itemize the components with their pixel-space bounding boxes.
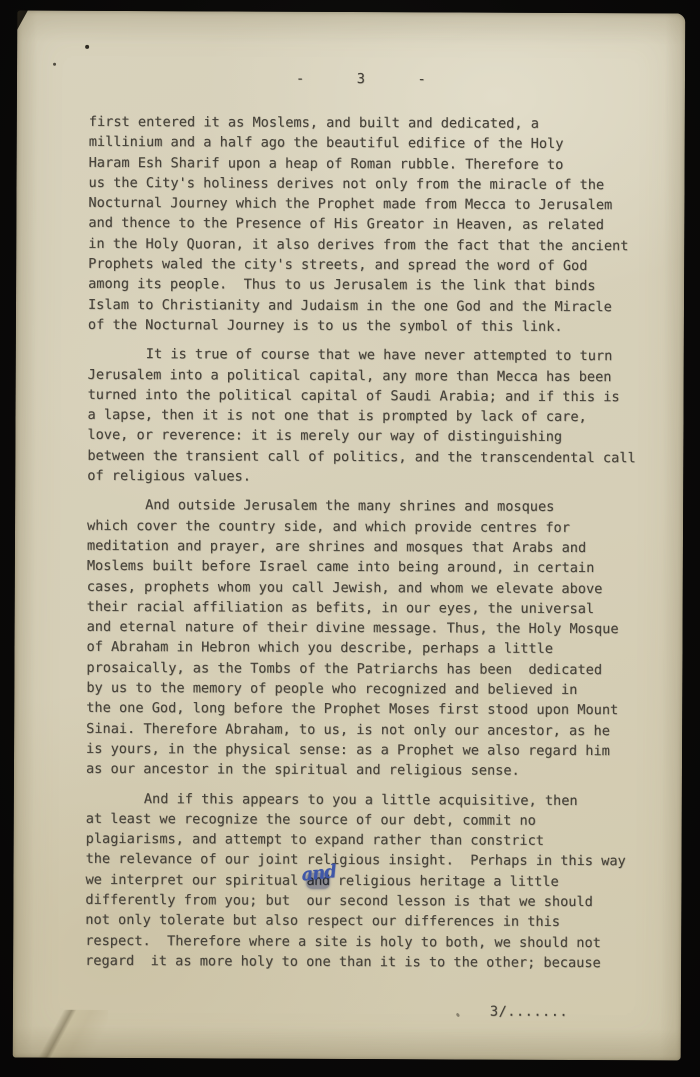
typed-line: and thence to the Presence of His Greato…	[88, 213, 654, 236]
typed-line: millinium and a half ago the beautiful e…	[89, 132, 655, 155]
typed-line: as our ancestor in the spiritual and rel…	[86, 759, 652, 782]
typed-line: meditation and prayer, are shrines and m…	[87, 536, 653, 559]
typed-line: differently from you; but our second les…	[85, 890, 651, 913]
handwritten-word: and	[301, 862, 337, 886]
document-body: first entered it as Moslems, and built a…	[85, 112, 655, 974]
typed-line: It is true of course that we have never …	[88, 344, 654, 367]
typed-line: in the Holy Quoran, it also derives from…	[88, 234, 654, 257]
typed-line: at least we recognize the source of our …	[86, 809, 652, 832]
typed-line: by us to the memory of people who recogn…	[86, 678, 652, 701]
document-page: - 3 - first entered it as Moslems, and b…	[13, 11, 686, 1061]
ink-speck	[53, 63, 56, 66]
paper-corner-fold	[16, 10, 28, 32]
typed-line: Haram Esh Sharif upon a heap of Roman ru…	[89, 152, 655, 175]
typed-line: Prophets waled the city's streets, and s…	[88, 254, 654, 277]
typed-line: and eternal nature of their divine messa…	[87, 617, 653, 640]
typed-line: Jerusalem into a political capital, any …	[88, 364, 654, 387]
ink-speck	[85, 45, 89, 49]
typed-segment: religious heritage a little	[330, 873, 559, 890]
typed-line: which cover the country side, and which …	[87, 515, 653, 538]
page-number-header: - 3 -	[296, 71, 426, 88]
typed-line: is yours, in the physical sense: as a Pr…	[86, 739, 652, 762]
paragraph: And outside Jerusalem the many shrines a…	[86, 495, 653, 782]
typed-segment: we interpret our spiritual	[85, 872, 306, 889]
typed-line: the one God, long before the Prophet Mos…	[86, 698, 652, 721]
typed-line: regard it as more holy to one than it is…	[85, 951, 651, 974]
typed-line: And if this appears to you a little acqu…	[86, 788, 652, 811]
typed-line: And outside Jerusalem the many shrines a…	[87, 495, 653, 518]
typed-line: love, or reverence: it is merely our way…	[87, 425, 653, 448]
typed-line: not only tolerate but also respect our d…	[85, 910, 651, 933]
typed-line: of Abraham in Hebron which you describe,…	[86, 637, 652, 660]
typed-line: Islam to Christianity and Judaism in the…	[88, 295, 654, 318]
ink-speck	[455, 1013, 460, 1018]
typed-line: their racial affiliation as befits, in o…	[87, 597, 653, 620]
typed-line: turned into the political capital of Sau…	[88, 385, 654, 408]
typed-line: a lapse, then it is not one that is prom…	[87, 405, 653, 428]
typed-line: cases, prophets whom you call Jewish, an…	[87, 576, 653, 599]
typed-line: Sinai. Therefore Abraham, to us, is not …	[86, 718, 652, 741]
typed-line: between the transient call of politics, …	[87, 446, 653, 469]
typed-line: Moslems built before Israel came into be…	[87, 556, 653, 579]
typed-line: first entered it as Moslems, and built a…	[89, 112, 655, 135]
paragraph: first entered it as Moslems, and built a…	[88, 112, 655, 338]
typed-line: us the City's holiness derives not only …	[88, 173, 654, 196]
typed-line: among its people. Thus to us Jerusalem i…	[88, 274, 654, 297]
typed-line: of religious values.	[87, 466, 653, 489]
typed-line: the relevance of our joint religious ins…	[86, 849, 652, 872]
continuation-mark: 3/.......	[490, 1004, 568, 1020]
typed-line: Nocturnal Journey which the Prophet made…	[88, 193, 654, 216]
photo-background: - 3 - first entered it as Moslems, and b…	[0, 0, 700, 1077]
paper-crease	[13, 1010, 108, 1058]
typed-line: prosaically, as the Tombs of the Patriar…	[86, 658, 652, 681]
paragraph: It is true of course that we have never …	[87, 344, 654, 489]
paragraph: And if this appears to you a little acqu…	[85, 788, 652, 973]
typed-line: we interpret our spiritual andand religi…	[85, 870, 651, 893]
typed-line: respect. Therefore where a site is holy …	[85, 930, 651, 953]
typed-line: of the Nocturnal Journey is to us the sy…	[88, 315, 654, 338]
typed-line: plagiarisms, and attempt to expand rathe…	[86, 829, 652, 852]
